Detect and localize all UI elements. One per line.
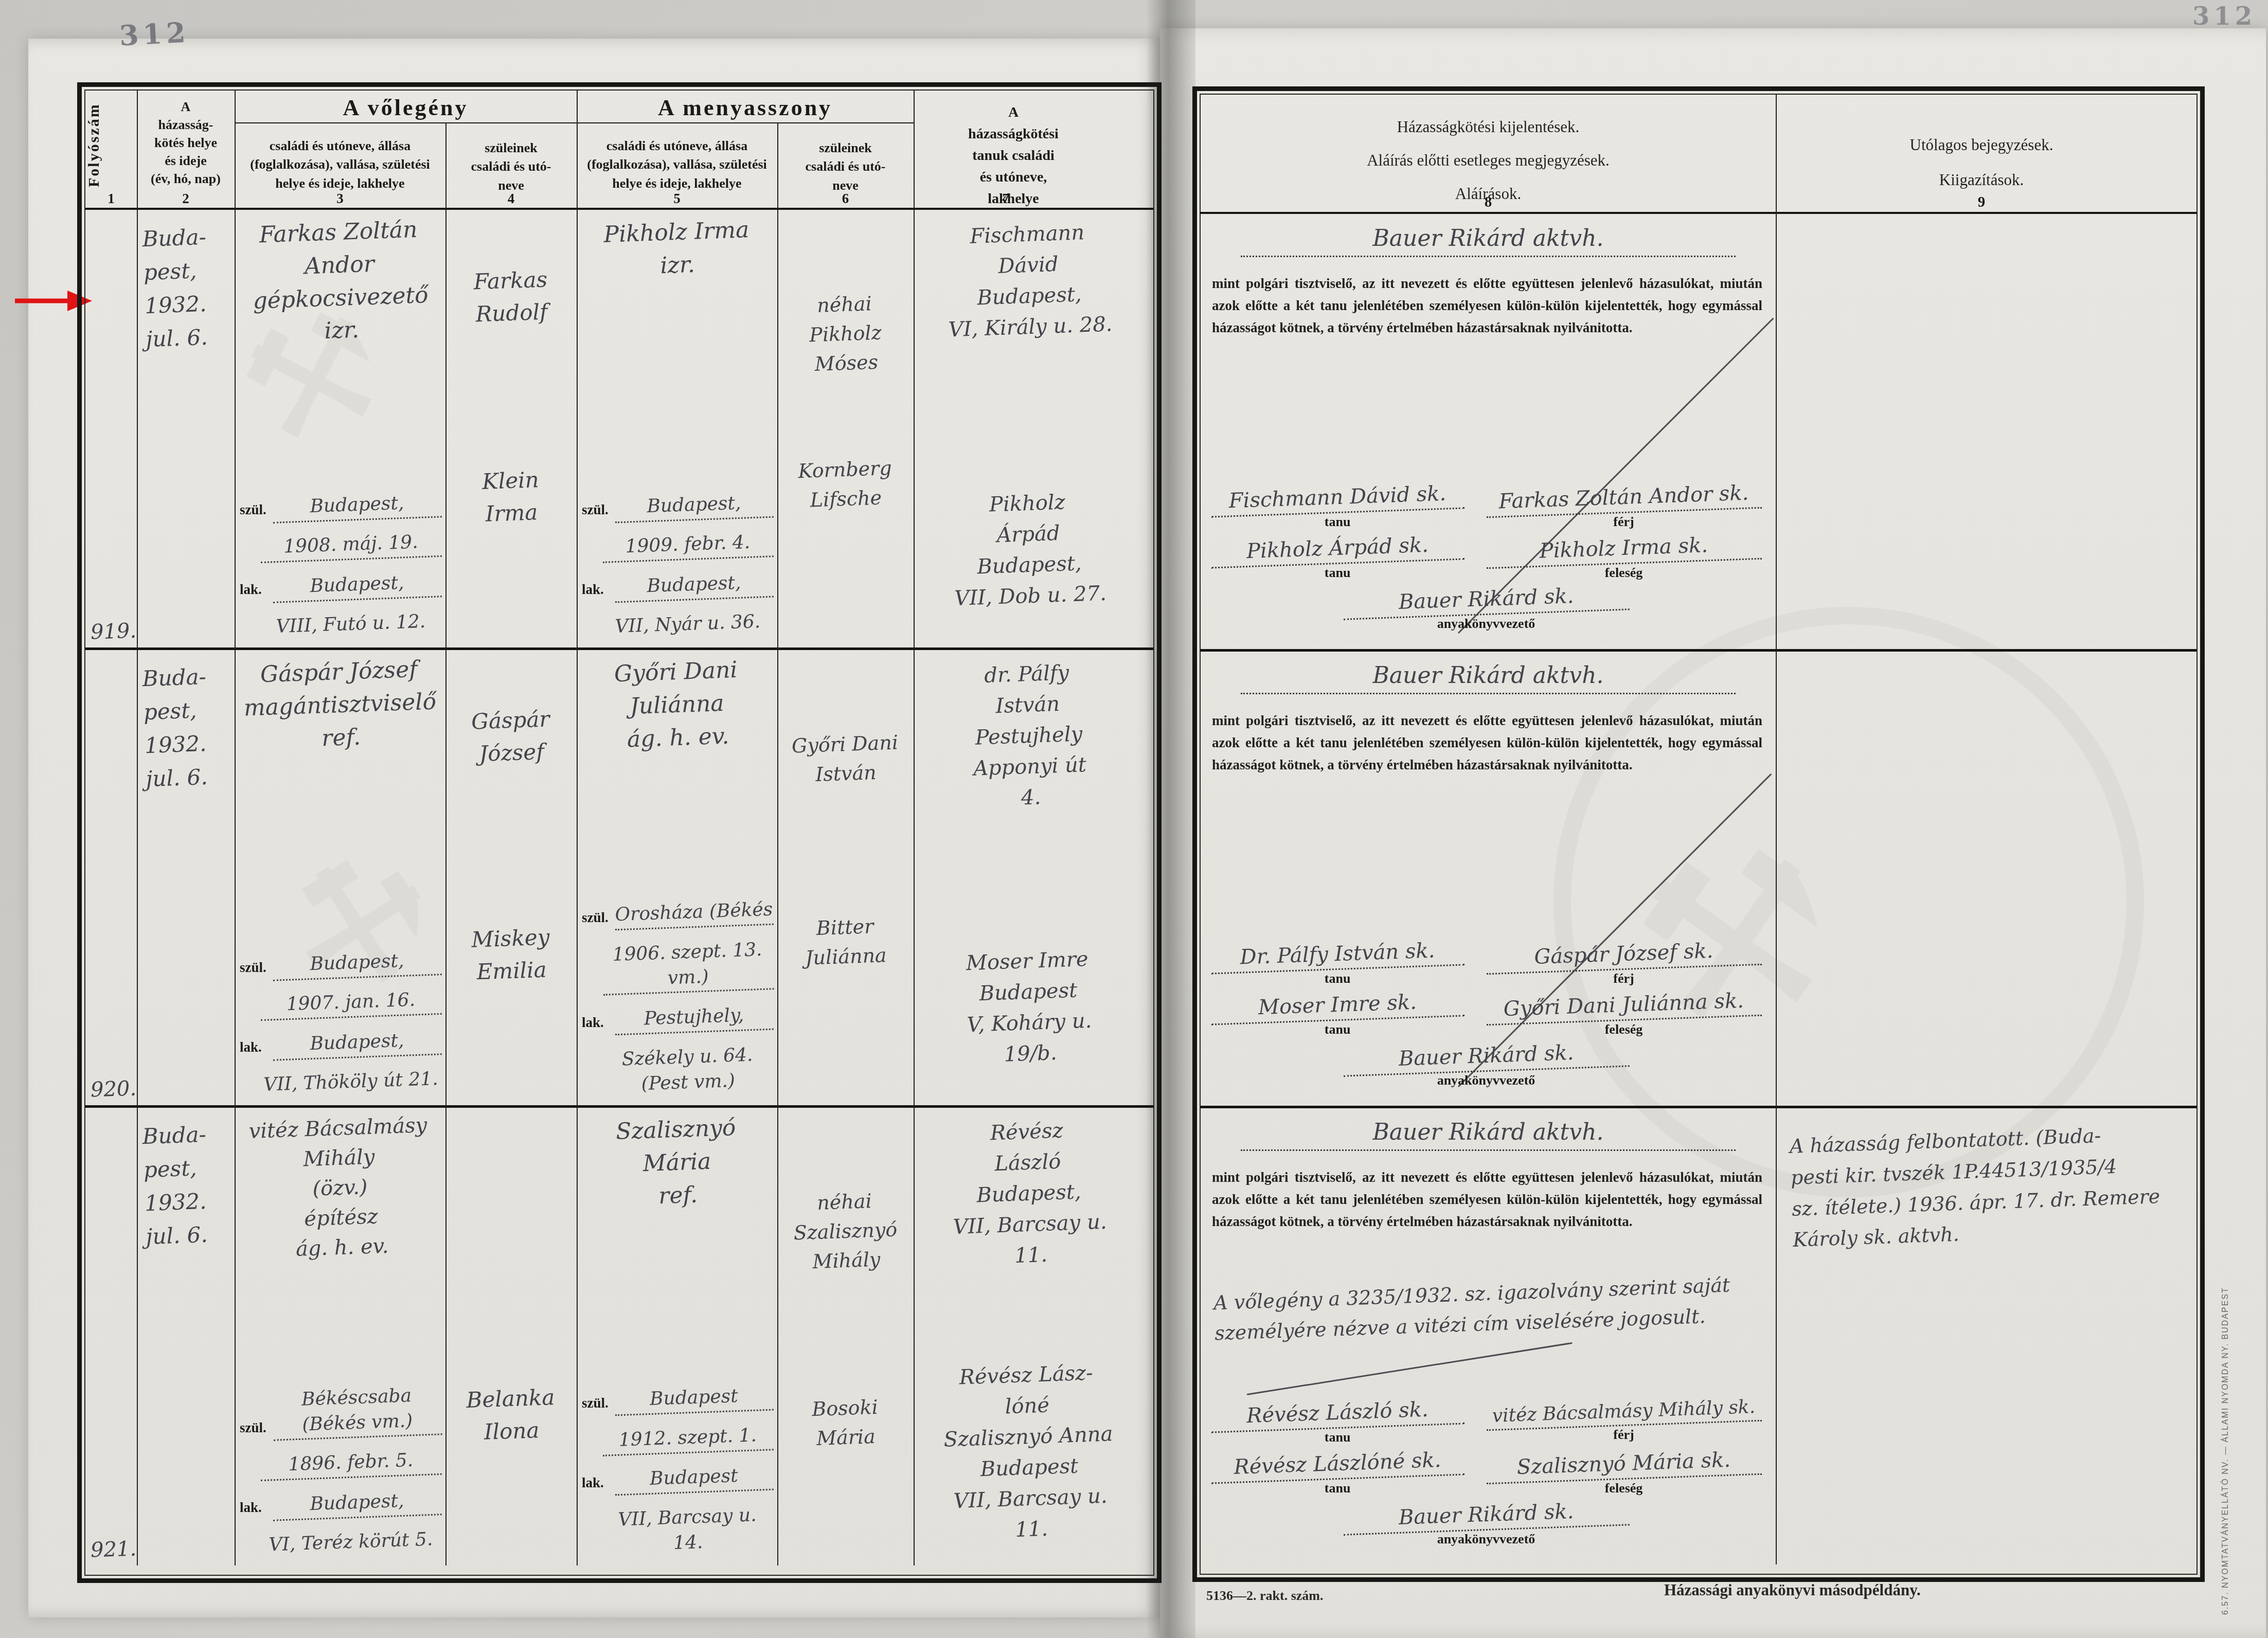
- signature-area: Révész László sk.tanu vitéz Bácsalmásy M…: [1211, 1400, 1761, 1547]
- szul-label: szül.: [582, 910, 615, 928]
- declaration-cell: Bauer Rikárd aktvh. mint polgári tisztvi…: [1201, 1106, 1777, 1564]
- declarations-row-921: Bauer Rikárd aktvh. mint polgári tisztvi…: [1201, 1106, 2196, 1564]
- right-table-header: Házasságkötési kijelentések. Aláírás elő…: [1201, 95, 2196, 214]
- header-groom-parents: szüleinek családi és utó- neve 4: [445, 123, 578, 208]
- officiant-name: Bauer Rikárd aktvh.: [1372, 662, 1603, 689]
- bride-mother: Kornberg Lifsche: [778, 453, 913, 516]
- witness2-signature: Moser Imre sk.: [1210, 988, 1465, 1025]
- header-bride-parents: szüleinek családi és utó- neve 6: [777, 123, 915, 208]
- marriage-date: Buda- pest, 1932. jul. 6.: [141, 660, 210, 796]
- marriage-date: Buda- pest, 1932. jul. 6.: [141, 1118, 210, 1254]
- registry-row-919: 919. Buda- pest, 1932. jul. 6. Farkas Zo…: [85, 208, 1153, 650]
- left-page-frame: Folyószám 1 A házasság- kötés helye és i…: [77, 82, 1162, 1583]
- szul-label: szül.: [582, 502, 615, 520]
- declaration-paragraph: mint polgári tisztviselő, az itt nevezet…: [1212, 1166, 1762, 1233]
- groom-home-city: Budapest,: [272, 1487, 442, 1521]
- bride-parents-cell: Győri Dani István Bitter Juliánna: [777, 647, 915, 1105]
- bride-cell: Győri Dani Juliánna ág. h. ev. szül.Oros…: [577, 647, 778, 1105]
- bride-mother: Bosoki Mária: [778, 1392, 913, 1455]
- serial-number: 921.: [90, 1537, 137, 1562]
- column-number: 2: [137, 191, 235, 207]
- tanu-label: tanu: [1211, 1430, 1464, 1445]
- groom-mother: Belanka Ilona: [447, 1380, 576, 1450]
- officiant-name-line: Bauer Rikárd aktvh.: [1241, 225, 1736, 257]
- groom-birth-place: Budapest,: [272, 947, 442, 981]
- declaration-cell: Bauer Rikárd aktvh. mint polgári tisztvi…: [1201, 649, 1777, 1106]
- officiant-name: Bauer Rikárd aktvh.: [1372, 1119, 1603, 1145]
- tanu-label: tanu: [1211, 514, 1464, 530]
- scanned-marriage-registry-spread: { "stamps": { "left": "312", "right": "3…: [0, 0, 2268, 1638]
- groom-name: Gáspár József magántisztviselő ref.: [236, 652, 444, 758]
- right-page-table: Házasságkötési kijelentések. Aláírás elő…: [1201, 95, 2196, 1574]
- lak-label: lak.: [582, 582, 615, 600]
- serial-number: 920.: [90, 1076, 137, 1102]
- bride-birth-block: szül.Budapest, 1909. febr. 4. lak.Budape…: [582, 480, 773, 638]
- witness1-signature: Révész László sk.: [1210, 1396, 1465, 1433]
- groom-birth-place: Budapest,: [272, 490, 442, 523]
- registrar-signature: Bauer Rikárd sk.: [1343, 1497, 1630, 1535]
- bride-group-label: A menyasszony: [577, 95, 914, 121]
- page-number-stamp-left: 312: [118, 15, 190, 52]
- bride-home-street: Székely u. 64. (Pest vm.): [601, 1042, 774, 1099]
- postscripts-label: Utólagos bejegyzések. Kiigazítások.: [1786, 128, 2177, 197]
- bride-birth-date: 1906. szept. 13. vm.): [601, 937, 774, 996]
- witness1: Révész László Budapest, VII, Barcsay u. …: [914, 1112, 1144, 1274]
- header-serial-column: Folyószám 1: [85, 91, 138, 208]
- header-groom-details: családi és utóneve, állása (foglalkozása…: [235, 123, 447, 208]
- wife-signature: Pikholz Irma sk.: [1486, 531, 1762, 569]
- header-bride-details: családi és utóneve, állása (foglalkozása…: [577, 123, 778, 208]
- declaration-cell: Bauer Rikárd aktvh. mint polgári tisztvi…: [1201, 212, 1777, 649]
- void-slash-line: [1247, 1342, 1573, 1395]
- date-cell: Buda- pest, 1932. jul. 6.: [137, 647, 236, 1105]
- header-groom-group: A vőlegény: [235, 91, 578, 123]
- header-postscripts-column: Utólagos bejegyzések. Kiigazítások. 9: [1776, 95, 2187, 212]
- officiant-name: Bauer Rikárd aktvh.: [1372, 225, 1603, 251]
- groom-birth-block: szül.Budapest, 1908. máj. 19. lak.Budape…: [240, 480, 441, 638]
- column-number: 9: [1776, 194, 2187, 211]
- column-number: 7: [914, 191, 1098, 207]
- bride-parents-cell: néhai Pikholz Móses Kornberg Lifsche: [777, 208, 915, 647]
- witness1: Fischmann Dávid Budapest, VI, Király u. …: [915, 215, 1143, 346]
- bride-father: Győri Dani István: [778, 728, 913, 791]
- header-date-label: A házasság- kötés helye és ideje (év, hó…: [137, 98, 235, 188]
- witnesses-cell: Révész László Budapest, VII, Barcsay u. …: [914, 1105, 1144, 1565]
- witness1-signature: Fischmann Dávid sk.: [1210, 480, 1465, 517]
- witnesses-cell: dr. Pálfy István Pestujhely Apponyi út 4…: [914, 647, 1144, 1105]
- bride-home-street: VII, Nyár u. 36.: [602, 609, 774, 641]
- groom-parents-cell: Farkas Rudolf Klein Irma: [445, 208, 578, 647]
- bride-home-street: VII, Barcsay u. 14.: [601, 1502, 774, 1559]
- bride-birth-block: szül.Budapest 1912. szept. 1. lak.Budape…: [582, 1373, 773, 1556]
- bride-mother: Bitter Juliánna: [778, 911, 913, 974]
- header-bride-group: A menyasszony: [577, 91, 915, 123]
- lak-label: lak.: [582, 1475, 615, 1493]
- groom-birth-place: Békéscsaba (Békés vm.): [272, 1382, 442, 1441]
- groom-home-street: VII, Thököly út 21.: [260, 1067, 442, 1099]
- tanu-label: tanu: [1211, 1481, 1464, 1496]
- groom-birth-date: 1907. jan. 16.: [260, 987, 442, 1021]
- groom-father: Gáspár József: [447, 702, 576, 771]
- printer-margin-imprint: 6.57. NYOMTATVÁNYELLÁTÓ NV. — ÁLLAMI NYO…: [2221, 1224, 2230, 1615]
- column-number: 3: [235, 191, 445, 207]
- column-number: 5: [577, 191, 777, 207]
- registry-row-921: 921. Buda- pest, 1932. jul. 6. vitéz Bác…: [85, 1105, 1153, 1565]
- header-date-column: A házasság- kötés helye és ideje (év, hó…: [137, 91, 236, 208]
- bride-cell: Pikholz Irma izr. szül.Budapest, 1909. f…: [577, 208, 778, 647]
- column-number: 8: [1201, 194, 1776, 211]
- husband-signature: vitéz Bácsalmásy Mihály sk.: [1486, 1396, 1761, 1431]
- bride-name: Győri Dani Juliánna ág. h. ev.: [578, 652, 776, 757]
- bride-father: néhai Pikholz Móses: [778, 288, 913, 381]
- groom-home-street: VI, Teréz körút 5.: [260, 1527, 442, 1559]
- groom-home-city: Budapest,: [272, 1027, 442, 1060]
- column-number: 1: [85, 191, 137, 207]
- postscript-cell: [1776, 212, 2187, 649]
- signature-area: Dr. Pálfy István sk.tanu Gáspár József s…: [1211, 942, 1761, 1088]
- marriage-date: Buda- pest, 1932. jul. 6.: [141, 220, 210, 356]
- witness2-signature: Pikholz Árpád sk.: [1210, 531, 1465, 568]
- stock-number-caption: 5136—2. rakt. szám.: [1206, 1588, 1323, 1604]
- lak-label: lak.: [240, 1500, 273, 1518]
- groom-details-label: családi és utóneve, állása (foglalkozása…: [237, 137, 443, 193]
- szul-label: szül.: [240, 502, 273, 520]
- vitez-title-remark: A vőlegény a 3235/1932. sz. igazolvány s…: [1213, 1269, 1761, 1349]
- witness1-signature: Dr. Pálfy István sk.: [1210, 937, 1465, 974]
- groom-name: Farkas Zoltán Andor gépkocsivezető izr.: [236, 212, 445, 351]
- bride-home-city: Budapest,: [614, 569, 774, 602]
- signature-area: Fischmann Dávid sk.tanu Farkas Zoltán An…: [1211, 485, 1761, 632]
- groom-parents-label: szüleinek családi és utó- neve: [447, 139, 576, 195]
- groom-group-label: A vőlegény: [235, 95, 577, 121]
- groom-name: vitéz Bácsalmásy Mihály (özv.) építész á…: [235, 1110, 445, 1266]
- date-cell: Buda- pest, 1932. jul. 6.: [137, 208, 236, 647]
- groom-birth-date: 1896. febr. 5.: [260, 1447, 442, 1481]
- left-table-header: Folyószám 1 A házasság- kötés helye és i…: [85, 91, 1153, 210]
- left-page-table: Folyószám 1 A házasság- kötés helye és i…: [85, 91, 1153, 1575]
- declaration-paragraph: mint polgári tisztviselő, az itt nevezet…: [1212, 273, 1762, 339]
- groom-cell: Gáspár József magántisztviselő ref. szül…: [235, 647, 447, 1105]
- witness2: Pikholz Árpád Budapest, VII, Dob u. 27.: [915, 484, 1143, 615]
- groom-birth-block: szül.Békéscsaba (Békés vm.) 1896. febr. …: [240, 1373, 441, 1556]
- lak-label: lak.: [240, 582, 273, 600]
- header-witnesses: A házasságkötési tanuk családi és utónev…: [914, 91, 1144, 208]
- groom-father: Farkas Rudolf: [447, 262, 576, 332]
- bride-birth-block: szül.Orosháza (Békés 1906. szept. 13. vm…: [582, 888, 773, 1096]
- bride-birth-place: Budapest,: [614, 490, 774, 523]
- divorce-postscript: A házasság felbontatott. (Buda- pesti ki…: [1789, 1118, 2176, 1256]
- column-number: 4: [445, 191, 577, 207]
- szul-label: szül.: [240, 960, 273, 978]
- witness2-signature: Révész Lászlóné sk.: [1210, 1447, 1465, 1484]
- registrar-signature: Bauer Rikárd sk.: [1343, 582, 1630, 620]
- bride-home-city: Budapest: [614, 1463, 774, 1496]
- registrar-signature: Bauer Rikárd sk.: [1343, 1038, 1630, 1076]
- lak-label: lak.: [582, 1015, 615, 1033]
- date-cell: Buda- pest, 1932. jul. 6.: [137, 1105, 236, 1565]
- document-type-caption: Házassági anyakönyvi másodpéldány.: [1664, 1581, 1921, 1599]
- witness2: Révész Lász- lóné Szalisznyó Anna Budape…: [914, 1356, 1144, 1549]
- bride-birth-date: 1912. szept. 1.: [602, 1423, 774, 1456]
- bride-parents-label: szüleinek családi és utó- neve: [778, 139, 913, 195]
- groom-home-city: Budapest,: [272, 569, 442, 603]
- witnesses-cell: Fischmann Dávid Budapest, VI, Király u. …: [914, 208, 1144, 647]
- serial-cell: 920.: [85, 647, 138, 1105]
- lak-label: lak.: [240, 1039, 273, 1057]
- tanu-label: tanu: [1211, 1022, 1464, 1037]
- groom-parents-cell: Gáspár József Miskey Emilia: [445, 647, 578, 1105]
- wife-signature: Szalisznyó Mária sk.: [1486, 1447, 1762, 1485]
- serial-number: 919.: [90, 619, 137, 644]
- postscript-cell: A házasság felbontatott. (Buda- pesti ki…: [1776, 1106, 2187, 1564]
- bride-birth-date: 1909. febr. 4.: [602, 529, 774, 563]
- groom-father: [448, 1160, 575, 1164]
- tanu-label: tanu: [1211, 971, 1464, 986]
- groom-birth-block: szül.Budapest, 1907. jan. 16. lak.Budape…: [240, 938, 441, 1096]
- right-page-frame: Házasságkötési kijelentések. Aláírás elő…: [1192, 86, 2205, 1582]
- tanu-label: tanu: [1211, 565, 1464, 581]
- groom-home-street: VIII, Futó u. 12.: [260, 609, 442, 641]
- groom-birth-date: 1908. máj. 19.: [260, 529, 442, 563]
- header-declarations-column: Házasságkötési kijelentések. Aláírás elő…: [1201, 95, 1777, 212]
- officiant-name-line: Bauer Rikárd aktvh.: [1241, 1119, 1736, 1151]
- bride-home-city: Pestujhely,: [614, 1002, 774, 1035]
- witness1: dr. Pálfy István Pestujhely Apponyi út 4…: [914, 655, 1144, 817]
- groom-cell: Farkas Zoltán Andor gépkocsivezető izr. …: [235, 208, 447, 647]
- husband-signature: Gáspár József sk.: [1486, 937, 1762, 975]
- declarations-row-919: Bauer Rikárd aktvh. mint polgári tisztvi…: [1201, 212, 2196, 652]
- bride-birth-place: Budapest: [614, 1383, 774, 1416]
- serial-cell: 919.: [85, 208, 138, 647]
- groom-mother: Klein Irma: [447, 462, 576, 532]
- groom-mother: Miskey Emilia: [447, 920, 576, 989]
- bride-parents-cell: néhai Szalisznyó Mihály Bosoki Mária: [777, 1105, 915, 1565]
- groom-parents-cell: Belanka Ilona: [445, 1105, 578, 1565]
- groom-cell: vitéz Bácsalmásy Mihály (özv.) építész á…: [235, 1105, 447, 1565]
- bride-cell: Szalisznyó Mária ref. szül.Budapest 1912…: [577, 1105, 778, 1565]
- wife-signature: Győri Dani Juliánna sk.: [1486, 988, 1762, 1026]
- declarations-row-920: Bauer Rikárd aktvh. mint polgári tisztvi…: [1201, 649, 2196, 1108]
- bride-details-label: családi és utóneve, állása (foglalkozása…: [579, 137, 775, 193]
- bride-father: néhai Szalisznyó Mihály: [778, 1185, 913, 1278]
- bride-name: Szalisznyó Mária ref.: [578, 1110, 776, 1215]
- declaration-paragraph: mint polgári tisztviselő, az itt nevezet…: [1212, 710, 1762, 777]
- bride-birth-place: Orosháza (Békés: [614, 897, 774, 930]
- column-number: 6: [777, 191, 914, 207]
- szul-label: szül.: [240, 1420, 273, 1438]
- husband-signature: Farkas Zoltán Andor sk.: [1486, 480, 1762, 518]
- szul-label: szül.: [582, 1395, 615, 1413]
- witness2: Moser Imre Budapest V, Koháry u. 19/b.: [915, 942, 1143, 1073]
- serial-cell: 921.: [85, 1105, 138, 1565]
- postscript-cell: [1776, 649, 2187, 1106]
- officiant-name-line: Bauer Rikárd aktvh.: [1241, 662, 1736, 694]
- page-number-stamp-right: 312: [2192, 2, 2256, 31]
- bride-name: Pikholz Irma izr.: [579, 212, 775, 285]
- header-serial-label: Folyószám: [85, 99, 137, 187]
- registry-row-920: 920. Buda- pest, 1932. jul. 6. Gáspár Jó…: [85, 647, 1153, 1108]
